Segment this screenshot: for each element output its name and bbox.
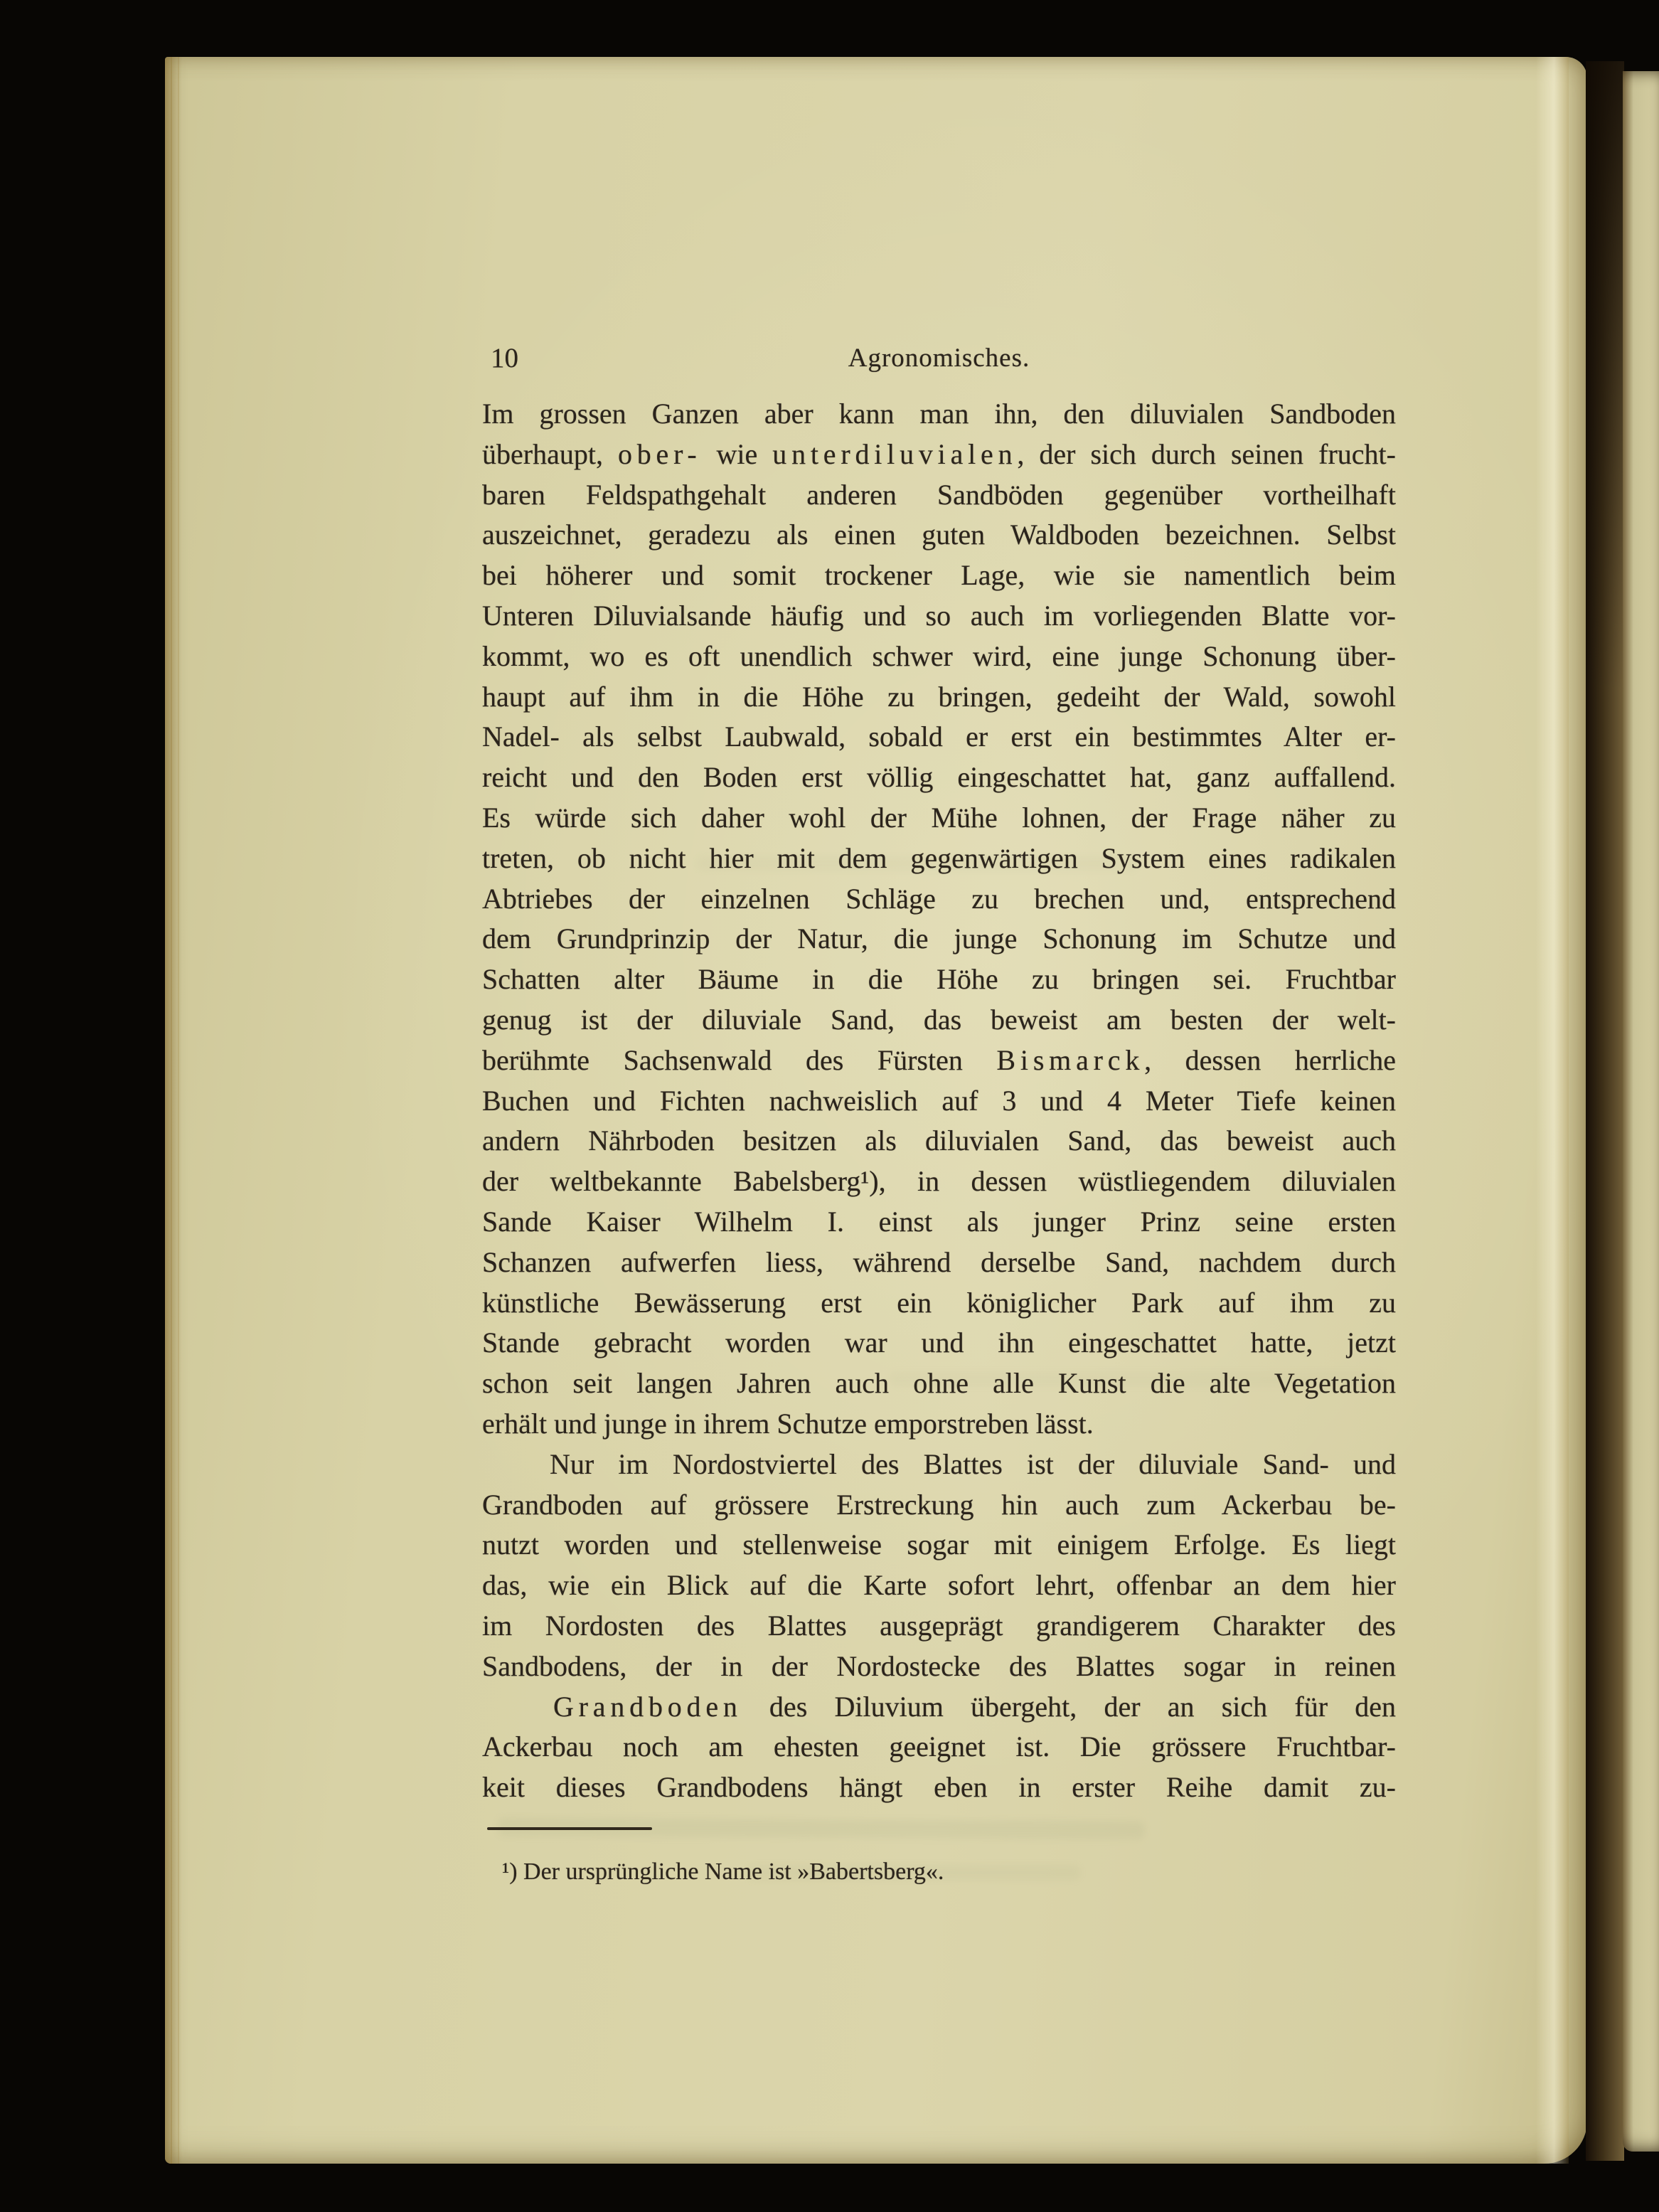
- text-segment: das, wie ein Blick auf die Karte sofort …: [482, 1569, 1396, 1601]
- text-line: Grandboden auf grössere Erstreckung hin …: [482, 1485, 1396, 1526]
- text-segment: des Diluvium übergeht, der an sich für d…: [742, 1691, 1396, 1723]
- text-line: auszeichnet, geradezu als einen guten Wa…: [482, 515, 1396, 555]
- text-segment: erhält und junge in ihrem Schutze empors…: [482, 1408, 1094, 1440]
- text-segment: künstliche Bewässerung erst ein königlic…: [482, 1287, 1396, 1319]
- text-line: im Nordosten des Blattes ausgeprägt gran…: [482, 1606, 1396, 1647]
- running-header: Agronomisches.: [482, 339, 1396, 378]
- text-segment: andern Nährboden besitzen als diluvialen…: [482, 1124, 1396, 1156]
- book-page: 10 Agronomisches. Im grossen Ganzen aber…: [165, 57, 1587, 2164]
- text-line: nutzt worden und stellenweise sogar mit …: [482, 1525, 1396, 1565]
- text-segment: reicht und den Boden erst völlig eingesc…: [482, 761, 1396, 793]
- text-line: Im grossen Ganzen aber kann man ihn, den…: [482, 394, 1396, 435]
- text-segment: Schatten alter Bäume in die Höhe zu brin…: [482, 963, 1396, 995]
- text-line: berühmte Sachsenwald des Fürsten Bismarc…: [482, 1041, 1396, 1081]
- text-line: haupt auf ihm in die Höhe zu bringen, ge…: [482, 677, 1396, 718]
- footnote-rule: [487, 1827, 652, 1830]
- text-segment: schon seit langen Jahren auch ohne alle …: [482, 1367, 1396, 1399]
- footnote: ¹) Der ursprüngliche Name ist »Babertsbe…: [502, 1856, 1213, 1888]
- text-segment: wie: [702, 438, 773, 470]
- text-segment: bei höherer und somit trockener Lage, wi…: [482, 559, 1396, 591]
- text-segment: Im grossen Ganzen aber kann man ihn, den…: [482, 398, 1396, 430]
- text-line: Stande gebracht worden war und ihn einge…: [482, 1323, 1396, 1363]
- letterspaced-emphasis: Bismarck: [996, 1044, 1144, 1076]
- text-segment: Ackerbau noch am ehesten geeignet ist. D…: [482, 1730, 1396, 1762]
- text-line: Unteren Diluvialsande häufig und so auch…: [482, 596, 1396, 637]
- text-line: kommt, wo es oft unendlich schwer wird, …: [482, 637, 1396, 677]
- text-line: Abtriebes der einzelnen Schläge zu brech…: [482, 879, 1396, 920]
- letterspaced-emphasis: Grandboden: [553, 1691, 742, 1723]
- text-segment: Sandbodens, der in der Nordostecke des B…: [482, 1650, 1396, 1682]
- next-page-edge: [1623, 71, 1659, 2152]
- text-segment: der weltbekannte Babelsberg¹), in dessen…: [482, 1165, 1396, 1197]
- text-line: der weltbekannte Babelsberg¹), in dessen…: [482, 1161, 1396, 1202]
- text-line: andern Nährboden besitzen als diluvialen…: [482, 1121, 1396, 1161]
- letterspaced-emphasis: ober-: [618, 438, 702, 470]
- text-line: reicht und den Boden erst völlig eingesc…: [482, 757, 1396, 798]
- text-segment: , der sich durch seinen frucht-: [1017, 438, 1396, 470]
- letterspaced-emphasis: unterdiluvialen: [772, 438, 1017, 470]
- text-segment: dem Grundprinzip der Natur, die junge Sc…: [482, 922, 1396, 955]
- text-line: treten, ob nicht hier mit dem gegenwärti…: [482, 839, 1396, 879]
- gilt-page-edge-stack: [0, 60, 168, 2169]
- body-text: Im grossen Ganzen aber kann man ihn, den…: [482, 394, 1396, 1808]
- text-line: Ackerbau noch am ehesten geeignet ist. D…: [482, 1727, 1396, 1767]
- text-line: Sande Kaiser Wilhelm I. einst als junger…: [482, 1202, 1396, 1243]
- text-segment: keit dieses Grandbodens hängt eben in er…: [482, 1771, 1396, 1803]
- text-line: Nur im Nordostviertel des Blattes ist de…: [482, 1445, 1396, 1485]
- text-line: das, wie ein Blick auf die Karte sofort …: [482, 1565, 1396, 1606]
- text-segment: haupt auf ihm in die Höhe zu bringen, ge…: [482, 681, 1396, 713]
- text-line: keit dieses Grandbodens hängt eben in er…: [482, 1767, 1396, 1808]
- text-segment: Sande Kaiser Wilhelm I. einst als junger…: [482, 1206, 1396, 1238]
- text-segment: Nadel- als selbst Laubwald, sobald er er…: [482, 721, 1396, 753]
- text-line: Nadel- als selbst Laubwald, sobald er er…: [482, 717, 1396, 757]
- text-segment: im Nordosten des Blattes ausgeprägt gran…: [482, 1610, 1396, 1642]
- text-segment: treten, ob nicht hier mit dem gegenwärti…: [482, 842, 1396, 874]
- text-segment: Es würde sich daher wohl der Mühe lohnen…: [482, 802, 1396, 834]
- text-line: schon seit langen Jahren auch ohne alle …: [482, 1363, 1396, 1404]
- text-segment: genug ist der diluviale Sand, das beweis…: [482, 1004, 1396, 1036]
- text-segment: nutzt worden und stellenweise sogar mit …: [482, 1528, 1396, 1560]
- text-segment: berühmte Sachsenwald des Fürsten: [482, 1044, 996, 1076]
- text-line: erhält und junge in ihrem Schutze empors…: [482, 1404, 1396, 1445]
- text-line: Schanzen aufwerfen liess, während dersel…: [482, 1243, 1396, 1283]
- text-line: dem Grundprinzip der Natur, die junge Sc…: [482, 919, 1396, 959]
- text-line: überhaupt, ober- wie unterdiluvialen, de…: [482, 435, 1396, 475]
- text-segment: baren Feldspathgehalt anderen Sandböden …: [482, 479, 1396, 511]
- fore-edge-highlight: [1536, 57, 1569, 2164]
- text-segment: auszeichnet, geradezu als einen guten Wa…: [482, 519, 1396, 551]
- book-scan: 10 Agronomisches. Im grossen Ganzen aber…: [0, 0, 1659, 2212]
- text-segment: Buchen und Fichten nachweislich auf 3 un…: [482, 1085, 1396, 1117]
- text-segment: Grandboden auf grössere Erstreckung hin …: [482, 1489, 1396, 1521]
- text-segment: kommt, wo es oft unendlich schwer wird, …: [482, 640, 1396, 672]
- text-segment: überhaupt,: [482, 438, 618, 470]
- text-segment: Schanzen aufwerfen liess, während dersel…: [482, 1246, 1396, 1278]
- text-line: Buchen und Fichten nachweislich auf 3 un…: [482, 1081, 1396, 1122]
- text-line: künstliche Bewässerung erst ein königlic…: [482, 1283, 1396, 1324]
- page-gap-shadow: [1586, 61, 1624, 2161]
- text-line: Grandboden des Diluvium übergeht, der an…: [482, 1687, 1396, 1728]
- text-segment: Abtriebes der einzelnen Schläge zu brech…: [482, 883, 1396, 915]
- text-segment: Unteren Diluvialsande häufig und so auch…: [482, 600, 1396, 632]
- text-segment: Nur im Nordostviertel des Blattes ist de…: [550, 1448, 1396, 1480]
- text-segment: , dessen herrliche: [1144, 1044, 1396, 1076]
- text-line: baren Feldspathgehalt anderen Sandböden …: [482, 475, 1396, 516]
- text-line: Sandbodens, der in der Nordostecke des B…: [482, 1647, 1396, 1687]
- text-line: Es würde sich daher wohl der Mühe lohnen…: [482, 798, 1396, 839]
- text-segment: Stande gebracht worden war und ihn einge…: [482, 1326, 1396, 1358]
- underlying-sheet-edges: [165, 57, 186, 2164]
- text-line: genug ist der diluviale Sand, das beweis…: [482, 1000, 1396, 1041]
- text-line: Schatten alter Bäume in die Höhe zu brin…: [482, 959, 1396, 1000]
- text-line: bei höherer und somit trockener Lage, wi…: [482, 555, 1396, 596]
